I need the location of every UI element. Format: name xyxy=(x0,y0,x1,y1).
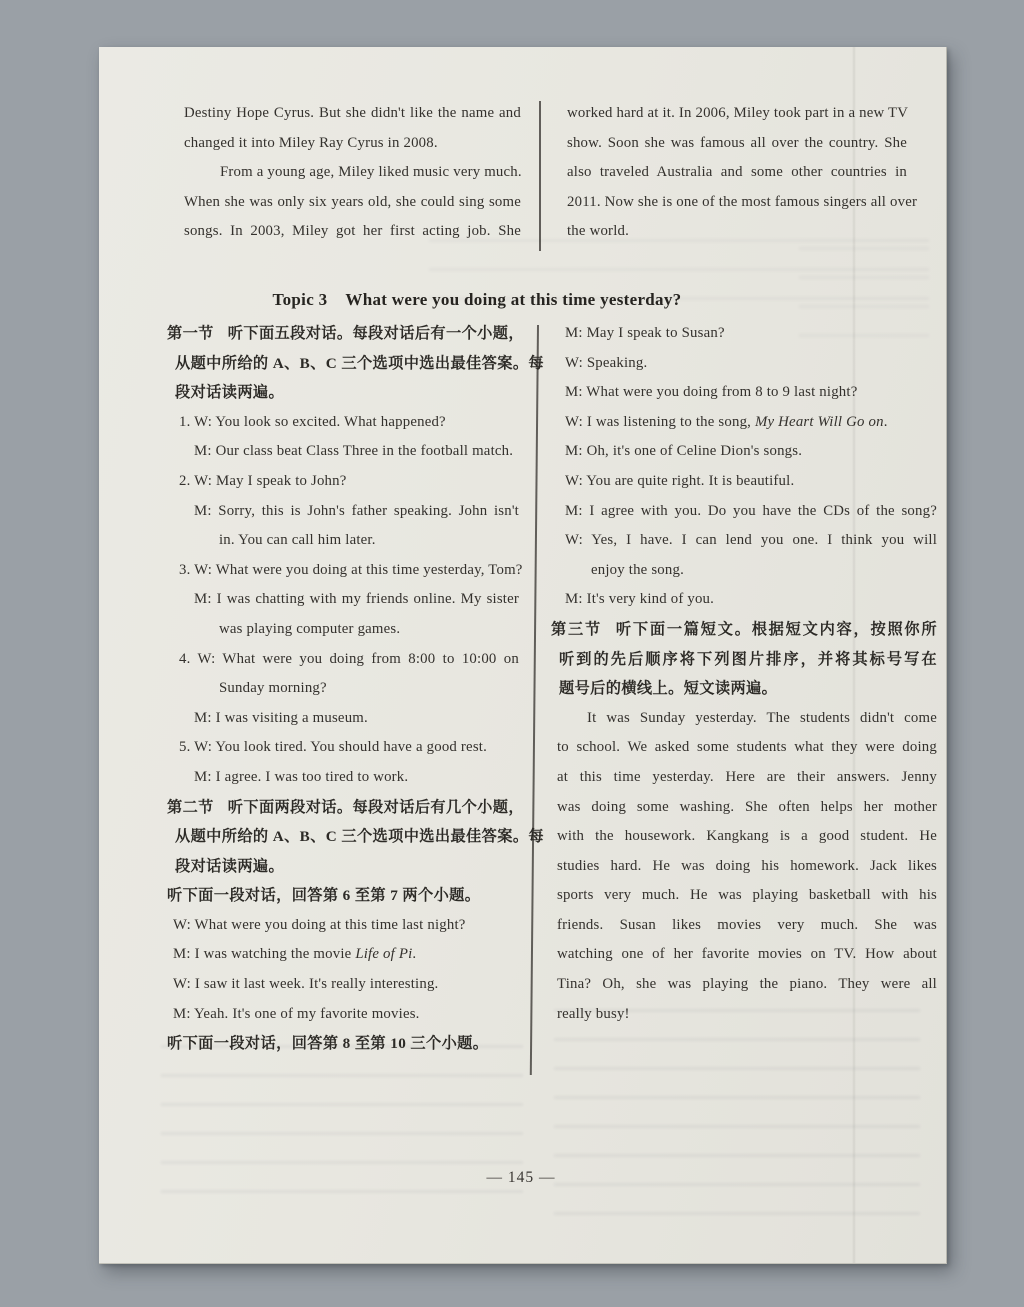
dialogue-line: enjoy the song. xyxy=(551,556,937,586)
showthrough-text xyxy=(554,1009,920,1239)
text-line: 段对话读两遍。 xyxy=(167,852,519,882)
dialogue-line: 1. W: You look so excited. What happened… xyxy=(167,408,519,438)
column-divider-main xyxy=(530,325,539,1075)
movie-title: Life of Pi xyxy=(355,946,412,962)
dialogue-line: M: I agree with you. Do you have the CDs… xyxy=(551,497,937,527)
scanned-page: Destiny Hope Cyrus. But she didn't like … xyxy=(99,47,947,1264)
text-line: 2011. Now she is one of the most famous … xyxy=(567,188,907,218)
text-line: songs. In 2003, Miley got her first acti… xyxy=(184,217,521,247)
dialogue-line: M: What were you doing from 8 to 9 last … xyxy=(551,378,937,408)
text-line: 段对话读两遍。 xyxy=(167,378,519,408)
prev-passage-left-column: Destiny Hope Cyrus. But she didn't like … xyxy=(184,99,521,247)
dialogue-text: W: I was listening to the song, xyxy=(565,414,755,430)
text-line: also traveled Australia and some other c… xyxy=(567,158,907,188)
dialogue-line: W: You are quite right. It is beautiful. xyxy=(551,467,937,497)
text-line: changed it into Miley Ray Cyrus in 2008. xyxy=(184,129,521,159)
section2-label: 第二节 xyxy=(167,799,214,816)
dialogue-line: 2. W: May I speak to John? xyxy=(167,467,519,497)
text-line: 听到的先后顺序将下列图片排序，并将其标号写在 xyxy=(551,645,937,675)
dialogue-line: M: I was chatting with my friends online… xyxy=(167,585,519,615)
dialogue-text: . xyxy=(884,414,888,430)
text-line: When she was only six years old, she cou… xyxy=(184,188,521,218)
dialogue-line: M: Sorry, this is John's father speaking… xyxy=(167,497,519,527)
dialogue-text: M: I was watching the movie xyxy=(173,946,355,962)
section1-text: 听下面五段对话。每段对话后有一个小题， xyxy=(228,325,524,342)
dialogue-line: Sunday morning? xyxy=(167,674,519,704)
text-line: worked hard at it. In 2006, Miley took p… xyxy=(567,99,907,129)
passage-line: really busy! xyxy=(551,1000,937,1030)
text-line: Destiny Hope Cyrus. But she didn't like … xyxy=(184,99,521,129)
section3-text: 听下面一篇短文。根据短文内容，按照你所 xyxy=(616,621,937,638)
dialogue-line: W: Yes, I have. I can lend you one. I th… xyxy=(551,526,937,556)
passage-line: Tina? Oh, she was playing the piano. The… xyxy=(551,970,937,1000)
dialogue-line: M: I was watching the movie Life of Pi. xyxy=(167,940,519,970)
dialogue-line: was playing computer games. xyxy=(167,615,519,645)
dialogue-line: M: Oh, it's one of Celine Dion's songs. xyxy=(551,437,937,467)
dialogue-line: 3. W: What were you doing at this time y… xyxy=(167,556,519,586)
dialogue-line: M: It's very kind of you. xyxy=(551,585,937,615)
text-line: 题号后的横线上。短文读两遍。 xyxy=(551,674,937,704)
passage-line: was doing some washing. She often helps … xyxy=(551,793,937,823)
listening-hint: 听下面一段对话，回答第 6 至第 7 两个小题。 xyxy=(167,881,519,911)
page-number: — 145 — xyxy=(421,1169,621,1187)
passage-line: to school. We asked some students what t… xyxy=(551,733,937,763)
left-column: 第一节听下面五段对话。每段对话后有一个小题， 从题中所给的 A、B、C 三个选项… xyxy=(167,319,519,1059)
dialogue-line: M: Our class beat Class Three in the foo… xyxy=(167,437,519,467)
text-line: From a young age, Miley liked music very… xyxy=(184,158,521,188)
dialogue-line: M: I was visiting a museum. xyxy=(167,704,519,734)
prev-passage-right-column: worked hard at it. In 2006, Miley took p… xyxy=(567,99,907,247)
dialogue-line: W: I was listening to the song, My Heart… xyxy=(551,408,937,438)
dialogue-line: M: May I speak to Susan? xyxy=(551,319,937,349)
dialogue-line: W: I saw it last week. It's really inter… xyxy=(167,970,519,1000)
section3-label: 第三节 xyxy=(551,621,602,638)
dialogue-line: 4. W: What were you doing from 8:00 to 1… xyxy=(167,645,519,675)
section2-text: 听下面两段对话。每段对话后有几个小题， xyxy=(228,799,524,816)
topic-title: What were you doing at this time yesterd… xyxy=(345,290,681,309)
passage-line: watching one of her favorite movies on T… xyxy=(551,940,937,970)
column-divider-top xyxy=(539,101,541,251)
passage-line: It was Sunday yesterday. The students di… xyxy=(551,704,937,734)
section1-header: 第一节听下面五段对话。每段对话后有一个小题， xyxy=(167,319,519,349)
passage-line: studies hard. He was doing his homework.… xyxy=(551,852,937,882)
dialogue-line: M: Yeah. It's one of my favorite movies. xyxy=(167,1000,519,1030)
text-line: 从题中所给的 A、B、C 三个选项中选出最佳答案。每 xyxy=(167,822,519,852)
dialogue-line: M: I agree. I was too tired to work. xyxy=(167,763,519,793)
dialogue-text: . xyxy=(412,946,416,962)
text-line: show. Soon she was famous all over the c… xyxy=(567,129,907,159)
topic-heading: Topic 3What were you doing at this time … xyxy=(99,290,855,310)
dialogue-line: W: What were you doing at this time last… xyxy=(167,911,519,941)
right-column: M: May I speak to Susan? W: Speaking. M:… xyxy=(551,319,937,1029)
scanner-background: { "colors":{"scanner_bg":"#9aa0a6","pape… xyxy=(0,0,1024,1307)
topic-number: Topic 3 xyxy=(273,290,328,309)
passage-line: with the housework. Kangkang is a good s… xyxy=(551,822,937,852)
section1-label: 第一节 xyxy=(167,325,214,342)
song-title: My Heart Will Go on xyxy=(755,414,884,430)
dialogue-line: W: Speaking. xyxy=(551,349,937,379)
text-line: 从题中所给的 A、B、C 三个选项中选出最佳答案。每 xyxy=(167,349,519,379)
listening-hint: 听下面一段对话，回答第 8 至第 10 三个小题。 xyxy=(167,1029,519,1059)
section2-header: 第二节听下面两段对话。每段对话后有几个小题， xyxy=(167,793,519,823)
passage-line: friends. Susan likes movies very much. S… xyxy=(551,911,937,941)
passage-line: at this time yesterday. Here are their a… xyxy=(551,763,937,793)
dialogue-line: in. You can call him later. xyxy=(167,526,519,556)
passage-line: sports very much. He was playing basketb… xyxy=(551,881,937,911)
text-line: the world. xyxy=(567,217,907,247)
section3-header: 第三节听下面一篇短文。根据短文内容，按照你所 xyxy=(551,615,937,645)
dialogue-line: 5. W: You look tired. You should have a … xyxy=(167,733,519,763)
